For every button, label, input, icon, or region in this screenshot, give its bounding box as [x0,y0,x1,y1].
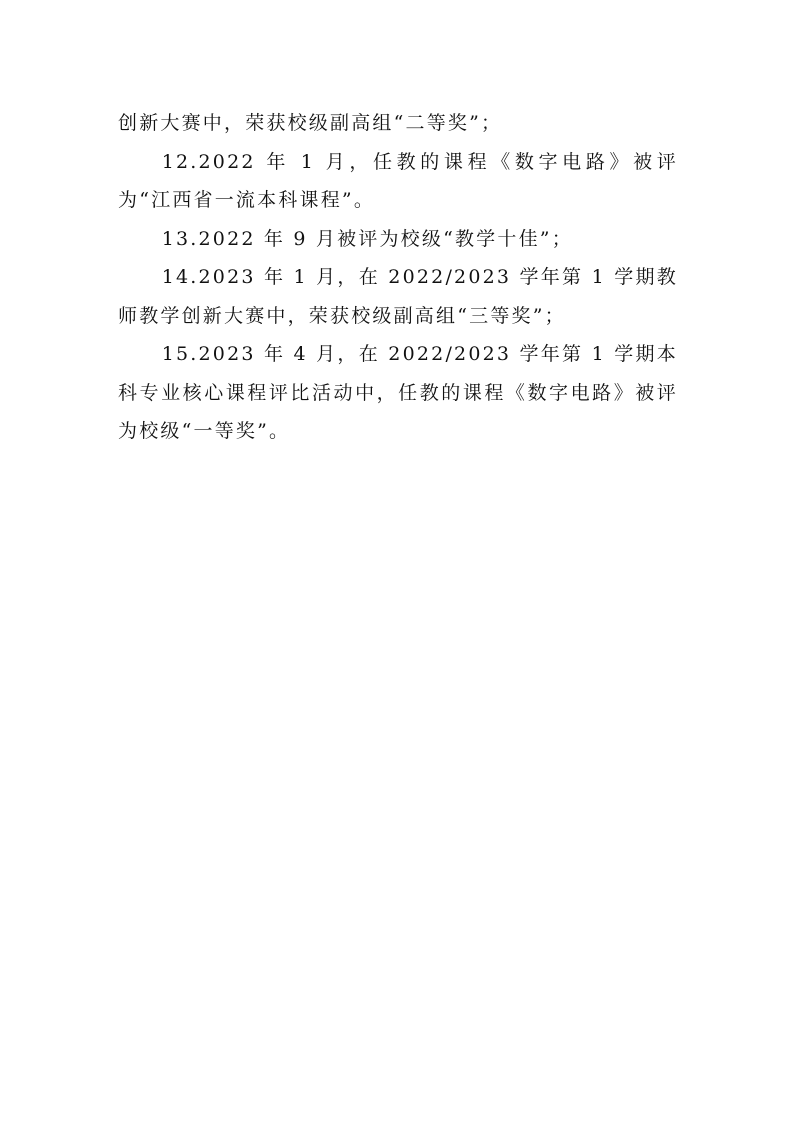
paragraph-award-14: 14.2023 年 1 月，在 2022/2023 学年第 1 学期教师教学创新… [118,258,678,335]
paragraph-award-13: 13.2022 年 9 月被评为校级“教学十佳”； [118,220,678,259]
paragraph-award-12: 12.2022 年 1 月，任教的课程《数字电路》被评为“江西省一流本科课程”。 [118,143,678,220]
document-page: 创新大赛中，荣获校级副高组“二等奖”； 12.2022 年 1 月，任教的课程《… [118,104,678,451]
paragraph-award-11-continued: 创新大赛中，荣获校级副高组“二等奖”； [118,104,678,143]
paragraph-award-15: 15.2023 年 4 月，在 2022/2023 学年第 1 学期本科专业核心… [118,335,678,451]
